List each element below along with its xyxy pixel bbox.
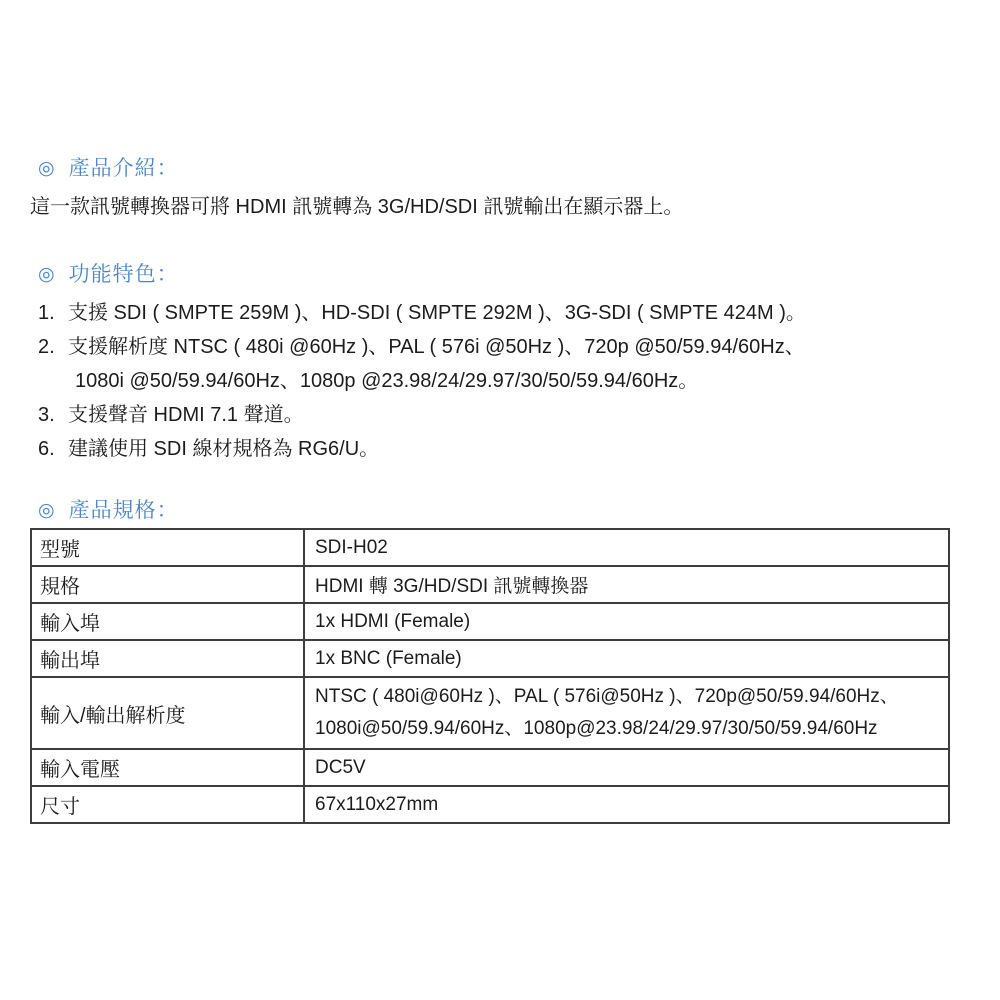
table-row-input-port: 輸入埠 1x HDMI (Female) — [31, 603, 949, 640]
spec-value: NTSC ( 480i@60Hz )、PAL ( 576i@50Hz )、720… — [304, 677, 949, 749]
table-row-dimensions: 尺寸 67x110x27mm — [31, 786, 949, 823]
feature-text: 支援 SDI ( SMPTE 259M )、HD-SDI ( SMPTE 292… — [68, 302, 806, 324]
table-row-model: 型號 SDI-H02 — [31, 529, 949, 566]
spec-label: 輸入埠 — [31, 603, 304, 640]
feature-text: 支援解析度 NTSC ( 480i @60Hz )、PAL ( 576i @50… — [68, 330, 950, 364]
feature-item-6: 6. 建議使用 SDI 線材規格為 RG6/U。 — [38, 432, 950, 466]
feature-item-3: 3. 支援聲音 HDMI 7.1 聲道。 — [38, 398, 950, 432]
feature-number: 1. — [38, 296, 68, 330]
specs-table: 型號 SDI-H02 規格 HDMI 轉 3G/HD/SDI 訊號轉換器 輸入埠… — [30, 528, 950, 824]
feature-text: 支援聲音 HDMI 7.1 聲道。 — [68, 404, 304, 426]
double-circle-bullet-icon: ◎ — [38, 498, 56, 524]
double-circle-bullet-icon: ◎ — [38, 262, 56, 288]
specs-heading-text: 產品規格： — [69, 498, 179, 524]
intro-heading-text: 產品介紹： — [69, 156, 179, 182]
intro-body-text: 這一款訊號轉換器可將 HDMI 訊號轉為 3G/HD/SDI 訊號輸出在顯示器上… — [30, 194, 950, 220]
spec-value: SDI-H02 — [304, 529, 949, 566]
feature-number: 3. — [38, 398, 68, 432]
table-row-voltage: 輸入電壓 DC5V — [31, 749, 949, 786]
features-section: ◎ 功能特色： 1. 支援 SDI ( SMPTE 259M )、HD-SDI … — [30, 262, 950, 466]
spec-value: DC5V — [304, 749, 949, 786]
table-row-output-port: 輸出埠 1x BNC (Female) — [31, 640, 949, 677]
table-row-spec: 規格 HDMI 轉 3G/HD/SDI 訊號轉換器 — [31, 566, 949, 603]
feature-number: 2. — [38, 330, 68, 398]
spec-value: 1x HDMI (Female) — [304, 603, 949, 640]
spec-label: 型號 — [31, 529, 304, 566]
feature-text: 建議使用 SDI 線材規格為 RG6/U。 — [68, 438, 379, 460]
product-document-page: ◎ 產品介紹： 這一款訊號轉換器可將 HDMI 訊號轉為 3G/HD/SDI 訊… — [0, 0, 1000, 1000]
feature-number: 6. — [38, 432, 68, 466]
specs-heading: ◎ 產品規格： — [30, 498, 950, 524]
feature-list: 1. 支援 SDI ( SMPTE 259M )、HD-SDI ( SMPTE … — [30, 296, 950, 466]
features-heading: ◎ 功能特色： — [30, 262, 950, 288]
spec-label: 輸入/輸出解析度 — [31, 677, 304, 749]
spec-label: 規格 — [31, 566, 304, 603]
specs-section: ◎ 產品規格： 型號 SDI-H02 規格 HDMI 轉 3G/HD/SDI 訊… — [30, 498, 950, 824]
intro-section: ◎ 產品介紹： 這一款訊號轉換器可將 HDMI 訊號轉為 3G/HD/SDI 訊… — [30, 156, 950, 220]
feature-item-2: 2. 支援解析度 NTSC ( 480i @60Hz )、PAL ( 576i … — [38, 330, 950, 398]
intro-heading: ◎ 產品介紹： — [30, 156, 950, 182]
feature-text-continuation: 1080i @50/59.94/60Hz、1080p @23.98/24/29.… — [68, 364, 950, 398]
spec-label: 尺寸 — [31, 786, 304, 823]
double-circle-bullet-icon: ◎ — [38, 156, 56, 182]
spec-value: 1x BNC (Female) — [304, 640, 949, 677]
table-row-resolution: 輸入/輸出解析度 NTSC ( 480i@60Hz )、PAL ( 576i@5… — [31, 677, 949, 749]
spec-label: 輸入電壓 — [31, 749, 304, 786]
spec-label: 輸出埠 — [31, 640, 304, 677]
spec-value: 67x110x27mm — [304, 786, 949, 823]
features-heading-text: 功能特色： — [69, 262, 179, 288]
spec-value: HDMI 轉 3G/HD/SDI 訊號轉換器 — [304, 566, 949, 603]
feature-item-1: 1. 支援 SDI ( SMPTE 259M )、HD-SDI ( SMPTE … — [38, 296, 950, 330]
